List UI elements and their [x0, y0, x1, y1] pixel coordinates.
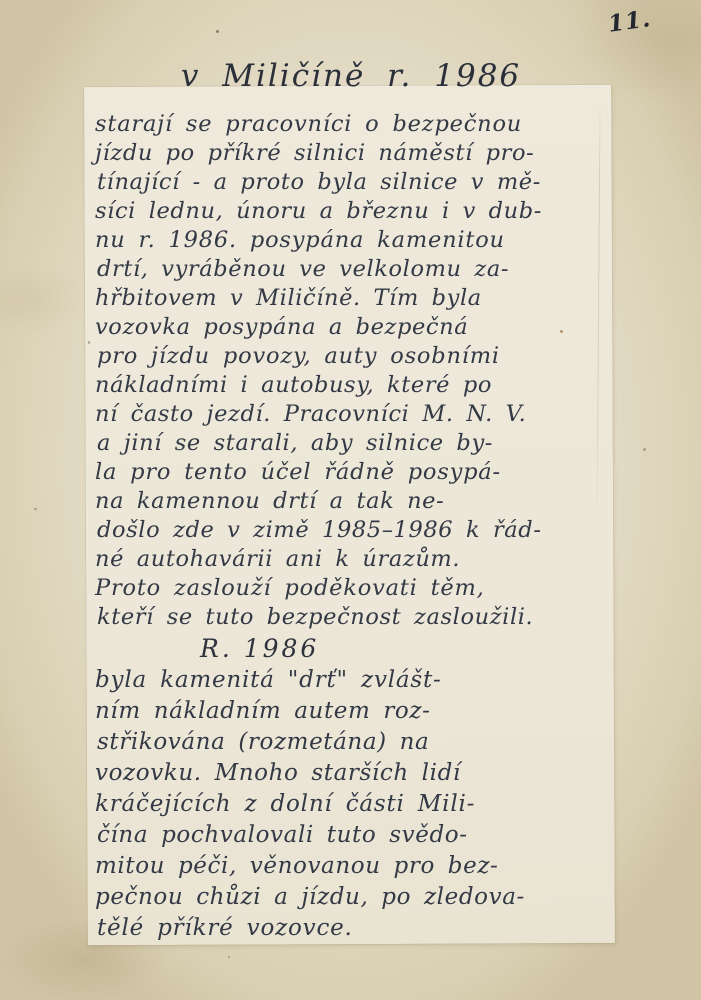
text-line: síci lednu, únoru a březnu i v dub-: [95, 197, 611, 226]
paper-speck: [643, 448, 646, 451]
ink-dot-speck: [560, 330, 563, 333]
text-line: tělé příkré vozovce.: [95, 913, 611, 944]
text-line: na kamennou drtí a tak ne-: [95, 487, 611, 516]
handwritten-text-block: starají se pracovníci o bezpečnou jízdu …: [95, 110, 611, 944]
year-subheading: R. 1986: [95, 632, 611, 665]
text-line: la pro tento účel řádně posypá-: [95, 458, 611, 487]
text-line: vozovku. Mnoho starších lidí: [95, 758, 611, 789]
text-line: a jiní se starali, aby silnice by-: [95, 429, 611, 458]
text-line: drtí, vyráběnou ve velkolomu za-: [95, 255, 611, 284]
text-line: došlo zde v zimě 1985–1986 k řád-: [95, 516, 611, 545]
paper-speck: [228, 956, 230, 958]
text-line: pro jízdu povozy, auty osobními: [95, 342, 611, 371]
text-line: Proto zaslouží poděkovati těm,: [95, 574, 611, 603]
text-line: střikována (rozmetána) na: [95, 727, 611, 758]
text-line: né autohavárii ani k úrazům.: [95, 545, 611, 574]
paragraph-road-gritting: starají se pracovníci o bezpečnou jízdu …: [95, 110, 611, 632]
text-line: nu r. 1986. posypána kamenitou: [95, 226, 611, 255]
text-line: pečnou chůzi a jízdu, po zledova-: [95, 882, 611, 913]
chronicle-page-scan: { "page": { "number": "11.", "title": "v…: [0, 0, 701, 1000]
text-line: hřbitovem v Miličíně. Tím byla: [95, 284, 611, 313]
text-line: kteří se tuto bezpečnost zasloužili.: [95, 603, 611, 632]
paper-speck: [216, 30, 219, 33]
text-line: tínající - a proto byla silnice v mě-: [95, 168, 611, 197]
text-line: čína pochvalovali tuto svědo-: [95, 820, 611, 851]
text-line: ním nákladním autem roz-: [95, 696, 611, 727]
text-line: jízdu po příkré silnici náměstí pro-: [95, 139, 611, 168]
chronicle-title: v Miličíně r. 1986: [95, 58, 607, 94]
page-number: 11.: [606, 5, 652, 38]
text-line: kráčejících z dolní části Mili-: [95, 789, 611, 820]
paper-speck: [88, 341, 90, 344]
text-line: nákladními i autobusy, které po: [95, 371, 611, 400]
text-line: starají se pracovníci o bezpečnou: [95, 110, 611, 139]
text-line: mitou péči, věnovanou pro bez-: [95, 851, 611, 882]
text-line: byla kamenitá "drť" zvlášt-: [95, 665, 611, 696]
paper-speck: [34, 508, 37, 510]
text-line: vozovka posypána a bezpečná: [95, 313, 611, 342]
paragraph-grit-spreading: byla kamenitá "drť" zvlášt- ním nákladní…: [95, 665, 611, 944]
text-line: ní často jezdí. Pracovníci M. N. V.: [95, 400, 611, 429]
